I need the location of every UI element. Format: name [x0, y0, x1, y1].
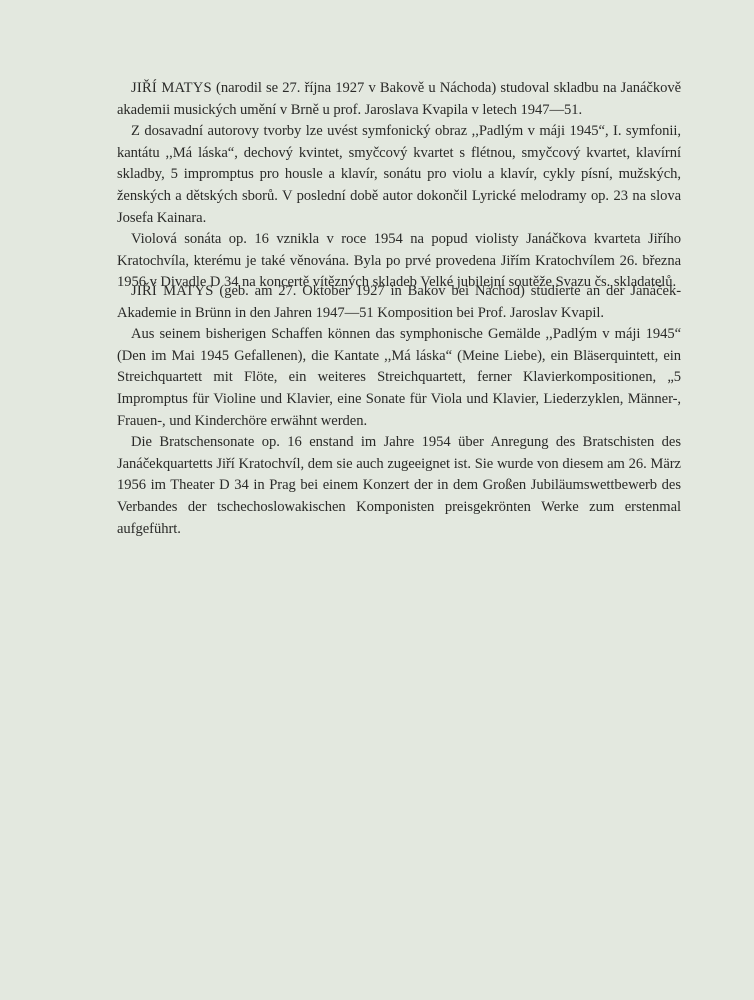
composer-name: JIŘÍ MATYS	[131, 80, 212, 96]
german-paragraph-3: Die Bratschensonate op. 16 enstand im Ja…	[117, 432, 681, 540]
german-text-block: JIŘÍ MATYS (geb. am 27. Oktober 1927 in …	[117, 281, 681, 540]
czech-paragraph-1: JIŘÍ MATYS (narodil se 27. října 1927 v …	[117, 78, 681, 121]
german-paragraph-2: Aus seinem bisherigen Schaffen können da…	[117, 324, 681, 432]
document-page: JIŘÍ MATYS (narodil se 27. října 1927 v …	[0, 0, 754, 1000]
czech-paragraph-2: Z dosavadní autorovy tvorby lze uvést sy…	[117, 121, 681, 229]
german-paragraph-1: JIŘÍ MATYS (geb. am 27. Oktober 1927 in …	[117, 281, 681, 324]
czech-text-block: JIŘÍ MATYS (narodil se 27. října 1927 v …	[117, 78, 681, 294]
composer-name: JIŘÍ MATYS	[131, 283, 214, 299]
